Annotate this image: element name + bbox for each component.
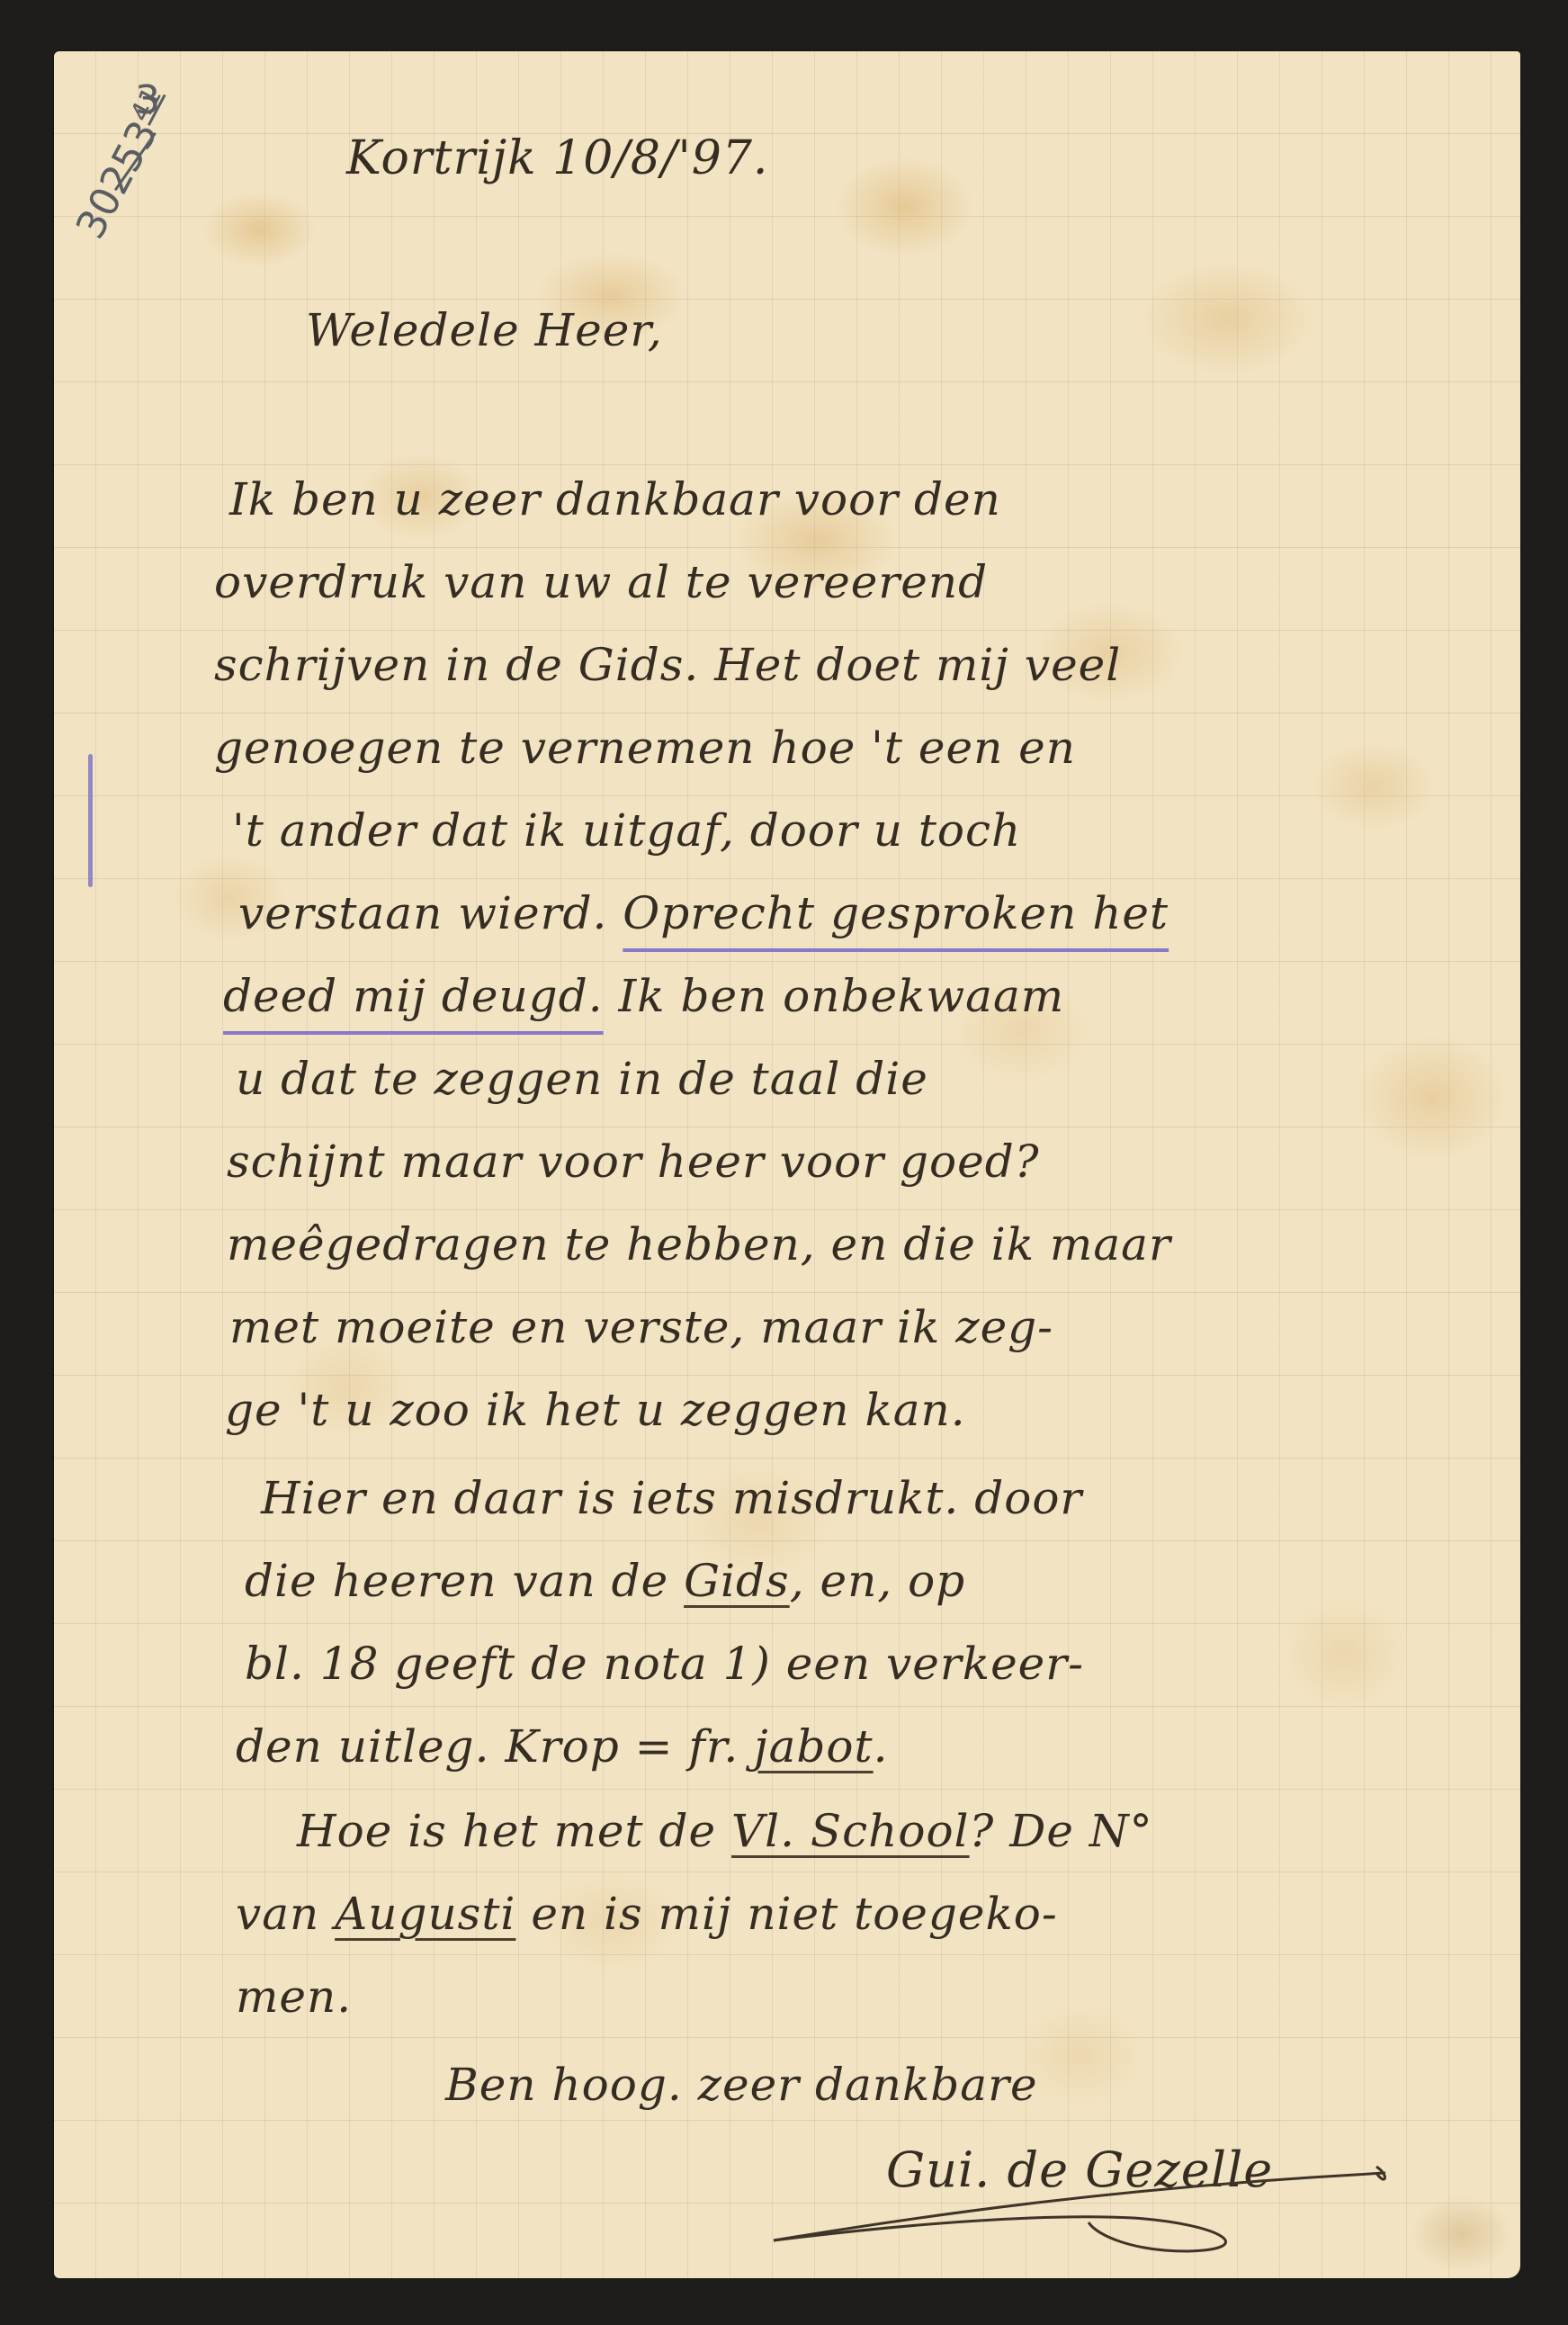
- body-line-19: men.: [236, 1974, 352, 2019]
- salutation: Weledele Heer,: [306, 308, 663, 353]
- underlined-augusti: Augusti: [335, 1888, 515, 1940]
- body-line-5: 't ander dat ik uitgaf, door u toch: [232, 808, 1021, 853]
- body-line-7-text: Ik ben onbekwaam: [619, 970, 1065, 1022]
- body-line-4: genoegen te vernemen hoe 't een en: [214, 725, 1076, 770]
- signature-flourish-icon: [756, 2150, 1403, 2267]
- body-line-7: deed mij deugd. Ik ben onbekwaam: [223, 974, 1064, 1019]
- body-line-16-text-a: den uitleg. Krop = fr.: [236, 1720, 754, 1773]
- body-line-17-text-a: Hoe is het met de: [297, 1805, 731, 1857]
- body-line-9: schijnt maar voor heer voor goed?: [227, 1139, 1040, 1184]
- body-line-13: Hier en daar is iets misdrukt. door: [261, 1476, 1082, 1521]
- body-line-14-text-b: , en, op: [790, 1555, 965, 1607]
- underlined-gids: Gids: [684, 1555, 790, 1607]
- body-line-18-text-a: van: [236, 1888, 335, 1940]
- body-line-2: overdruk van uw al te vereerend: [214, 560, 988, 605]
- body-line-3: schrijven in de Gids. Het doet mij veel: [214, 642, 1121, 687]
- body-line-8: u dat te zeggen in de taal die: [236, 1056, 928, 1101]
- underlined-jabot: jabot: [754, 1720, 874, 1773]
- body-line-10: meêgedragen te hebben, en die ik maar: [227, 1222, 1171, 1267]
- body-line-16: den uitleg. Krop = fr. jabot.: [236, 1724, 889, 1769]
- underlined-vl-school: Vl. School: [731, 1805, 970, 1857]
- purple-underlined-phrase-1: Oprecht gesproken het: [623, 887, 1169, 939]
- body-line-14: die heeren van de Gids, en, op: [245, 1558, 965, 1603]
- body-line-17-text-b: ? De N°: [970, 1805, 1153, 1857]
- body-line-14-text-a: die heeren van de: [245, 1555, 684, 1607]
- body-line-15: bl. 18 geeft de nota 1) een verkeer-: [245, 1641, 1084, 1686]
- purple-underlined-phrase-2: deed mij deugd.: [223, 970, 604, 1022]
- margin-purple-mark: [88, 754, 93, 887]
- body-line-18-text-b: en is mij niet toegeko-: [515, 1888, 1057, 1940]
- closing: Ben hoog. zeer dankbare: [445, 2062, 1038, 2107]
- body-line-6-text: verstaan wierd.: [238, 887, 607, 939]
- body-line-17: Hoe is het met de Vl. School? De N°: [297, 1809, 1153, 1854]
- body-line-16-text-b: .: [874, 1720, 889, 1773]
- body-line-18: van Augusti en is mij niet toegeko-: [236, 1891, 1058, 1936]
- body-line-11: met moeite en verste, maar ik zeg-: [229, 1305, 1053, 1350]
- body-line-12: ge 't u zoo ik het u zeggen kan.: [225, 1387, 966, 1432]
- place-date: Kortrijk 10/8/'97.: [346, 135, 768, 182]
- body-line-6: verstaan wierd. Oprecht gesproken het: [238, 891, 1169, 936]
- body-line-1: Ik ben u zeer dankbaar voor den: [229, 477, 1001, 522]
